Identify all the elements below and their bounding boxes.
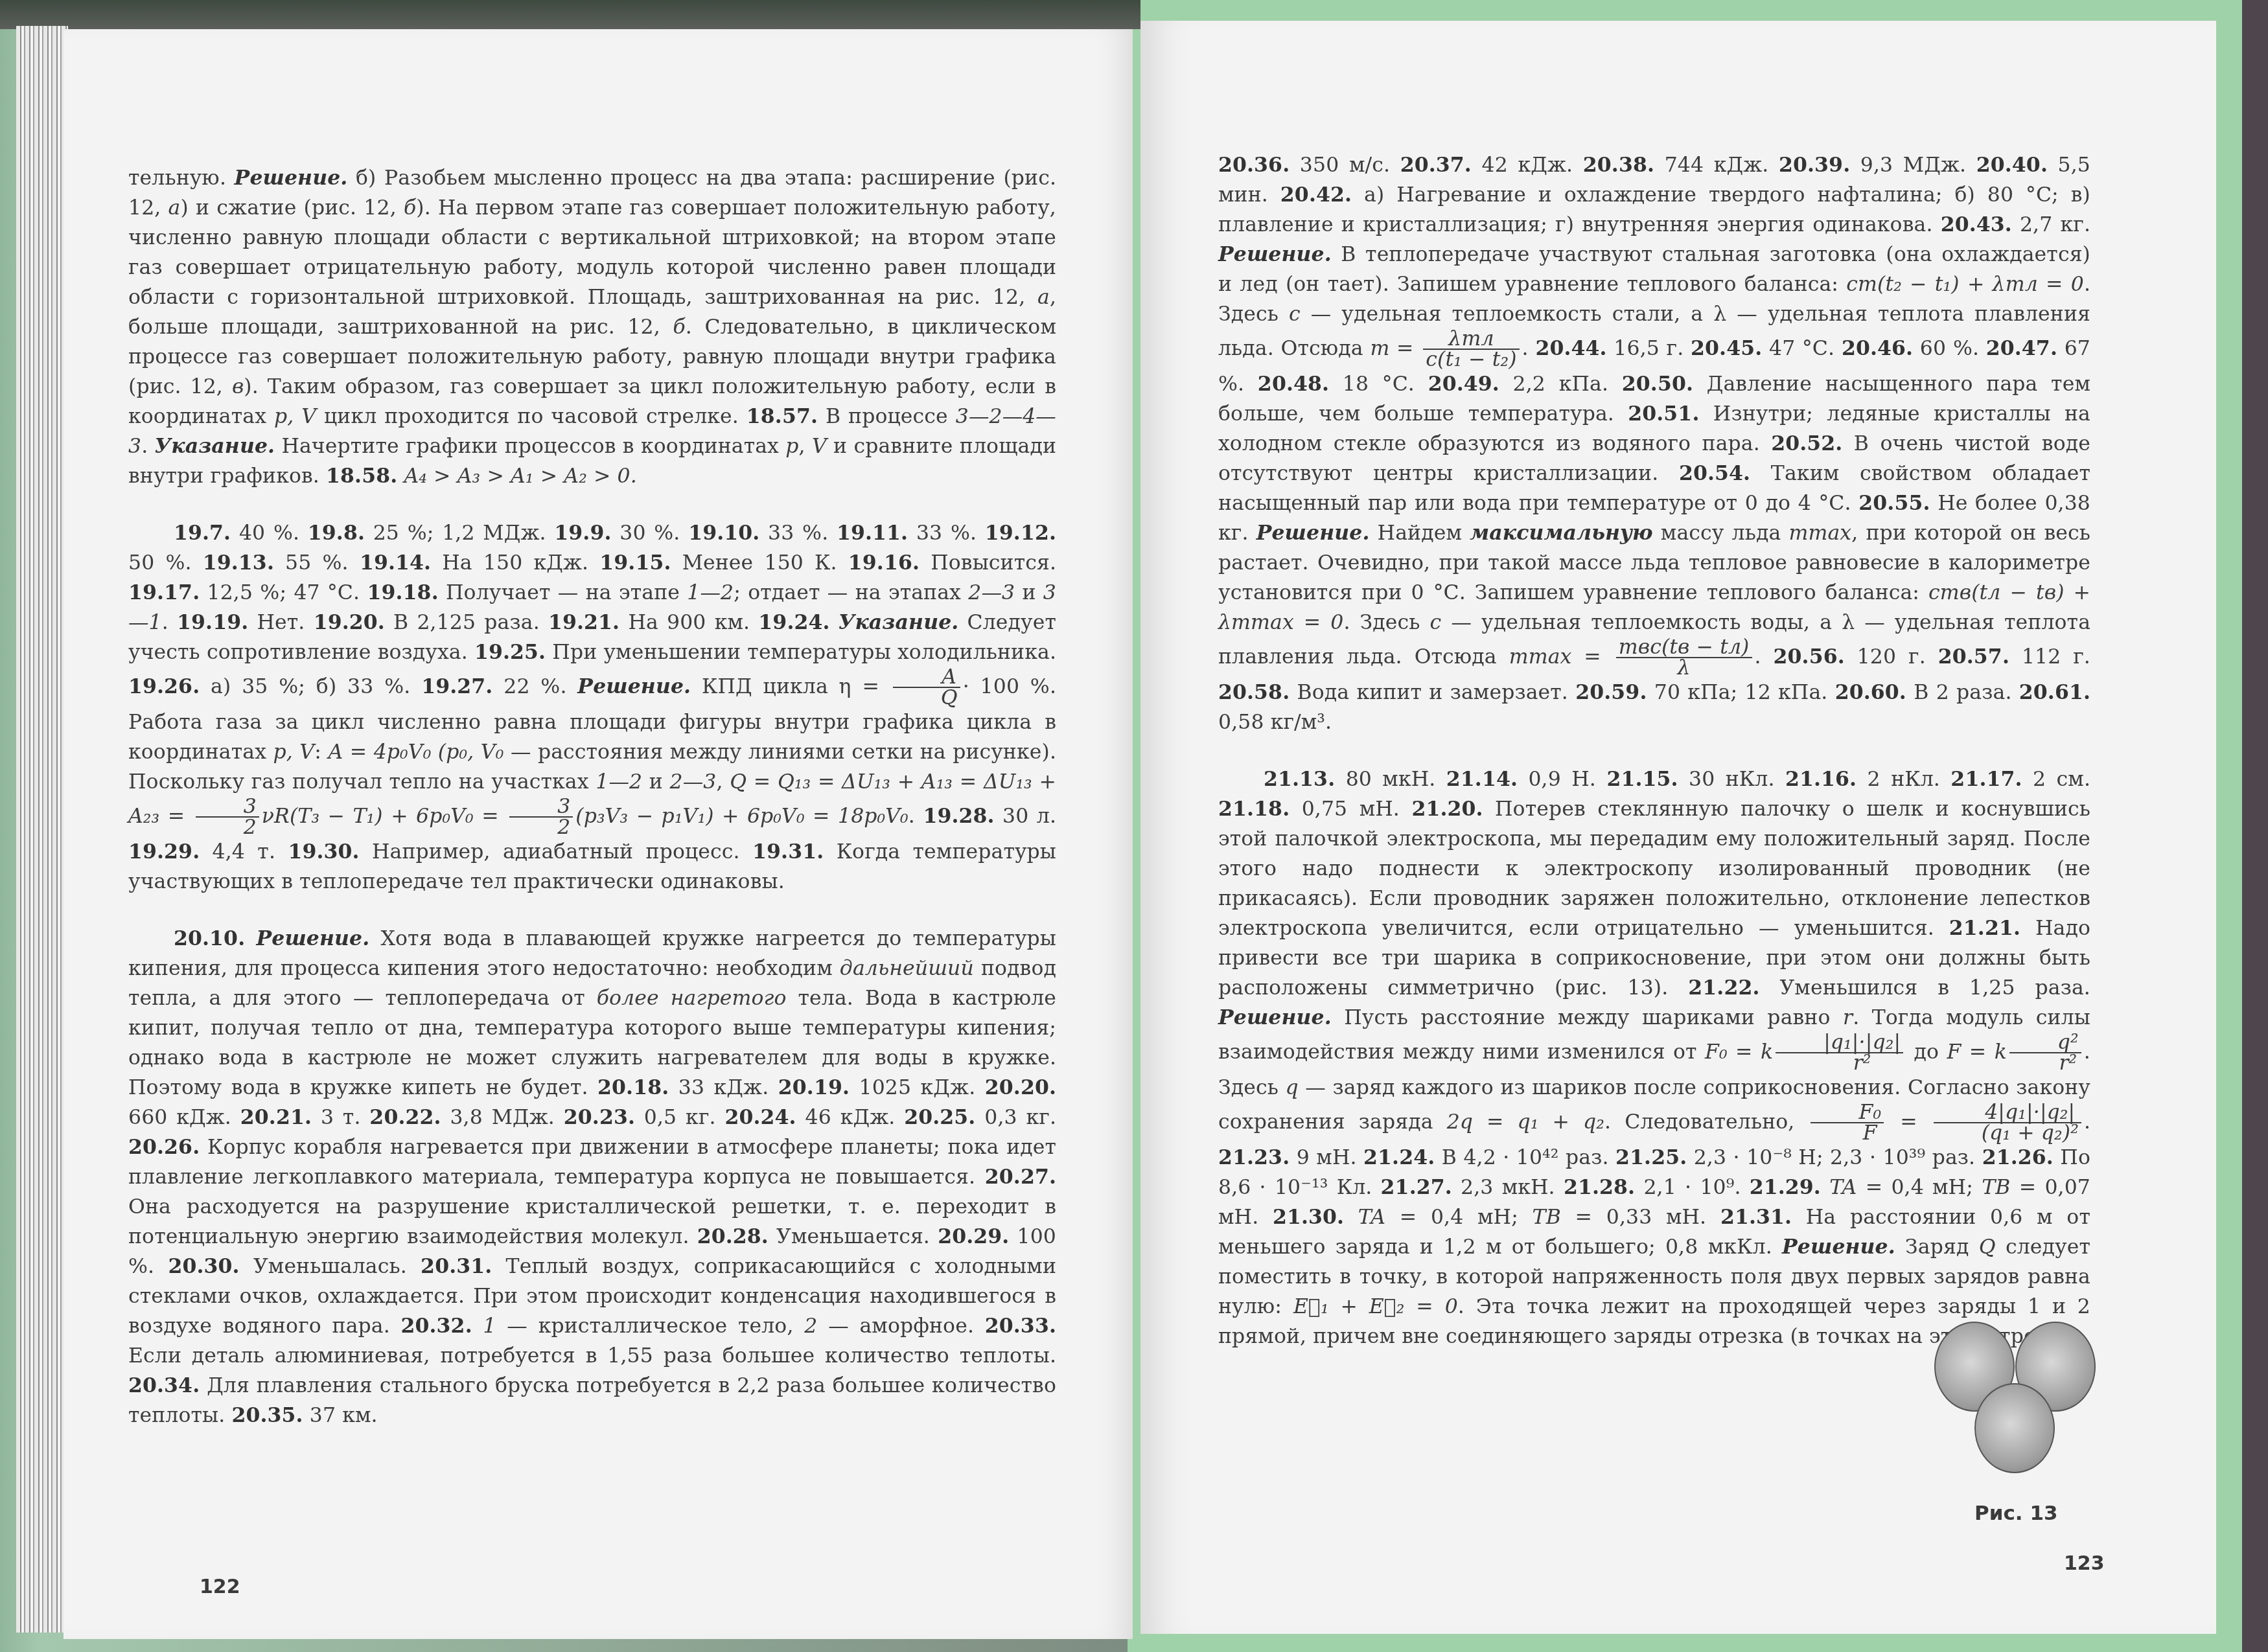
bold-text: 20.18. [597, 1075, 669, 1099]
italic-text: TB [1533, 1206, 1561, 1229]
bold-text: 20.52. [1771, 431, 1842, 455]
bold-text: 20.20. [985, 1075, 1056, 1099]
page-number-left: 122 [200, 1576, 240, 1598]
bold-text: 21.28. [1564, 1175, 1635, 1199]
italic-text: m [1370, 337, 1389, 360]
italic-text: p [785, 435, 798, 458]
bold-text: 20.10. [174, 926, 245, 950]
fraction: 32 [196, 797, 259, 837]
paragraph: 20.10. Решение. Хотя вода в плавающей кр… [128, 924, 1056, 1430]
bold-text: 21.16. [1785, 767, 1857, 791]
italic-text: дальнейший [840, 957, 974, 980]
bold-text: 18.57. [746, 404, 818, 428]
bold-text: 21.27. [1381, 1175, 1452, 1199]
bold-text: 20.61. [2019, 680, 2090, 704]
paragraph: 19.7. 40 %. 19.8. 25 %; 1,2 МДж. 19.9. 3… [128, 518, 1056, 897]
bold-text: 21.21. [1949, 916, 2020, 940]
bold-text: Указание. [155, 434, 275, 458]
figure-13-three-balls [1934, 1322, 2103, 1477]
italic-text: 1 [483, 1314, 496, 1338]
bold-text: 21.15. [1606, 767, 1678, 791]
italic-text: 2—3 [670, 770, 717, 794]
bold-text: 19.8. [308, 521, 365, 545]
italic-text: p, V [274, 405, 316, 428]
bold-text: 19.20. [314, 610, 385, 634]
bold-text: 20.37. [1400, 153, 1472, 177]
bold-text: 20.26. [128, 1135, 200, 1159]
bold-text: 20.44. [1535, 336, 1606, 360]
bold-text: 21.22. [1688, 976, 1759, 1000]
bold-text: 21.29. [1750, 1175, 1821, 1199]
bold-text: 19.13. [203, 551, 274, 575]
italic-text: б [673, 315, 685, 339]
page-stack-edge [16, 26, 68, 1633]
bold-text: 20.27. [985, 1165, 1056, 1189]
fraction: F₀F [1811, 1103, 1884, 1143]
italic-text: A₄ > A₃ > A₁ > A₂ > 0. [397, 465, 637, 488]
fraction: |q₁|·|q₂|r² [1776, 1033, 1903, 1073]
italic-text: более нагретого [597, 987, 787, 1010]
cover-edge [2242, 0, 2268, 1652]
bold-text: 20.58. [1218, 680, 1290, 704]
bold-text: Решение. [256, 926, 369, 950]
bold-text: 20.50. [1622, 372, 1693, 396]
bold-text: 19.30. [288, 840, 359, 864]
page-number-right: 123 [2064, 1552, 2105, 1575]
italic-text: q [1286, 1076, 1299, 1099]
paragraph: 21.13. 80 мкН. 21.14. 0,9 Н. 21.15. 30 н… [1218, 764, 2090, 1351]
bold-text: 20.56. [1774, 645, 1845, 669]
italic-text: а [1037, 286, 1050, 309]
bold-text: 21.14. [1446, 767, 1518, 791]
bold-text: 20.38. [1583, 153, 1654, 177]
bold-text: 19.28. [923, 804, 994, 828]
bold-text: 20.49. [1428, 372, 1499, 396]
italic-text: F = k [1947, 1040, 2006, 1064]
bold-text: 20.45. [1691, 336, 1762, 360]
background-shadow [0, 0, 1140, 29]
bold-text: 21.31. [1720, 1205, 1792, 1229]
italic-text: p, V [273, 740, 315, 764]
bold-text: Решение. [577, 674, 691, 698]
italic-text: TA [1358, 1206, 1385, 1229]
italic-text: 2 [804, 1314, 817, 1338]
bold-text: 20.22. [369, 1105, 441, 1129]
italic-text: cmв(tл − tв) + λmmax = 0 [1218, 581, 2090, 634]
bold-text: 20.47. [1986, 336, 2057, 360]
italic-text: б [404, 196, 416, 220]
bold-text: 21.24. [1363, 1145, 1435, 1169]
fraction: 4|q₁|·|q₂|(q₁ + q₂)² [1934, 1103, 2081, 1143]
right-page-text: 20.36. 350 м/с. 20.37. 42 кДж. 20.38. 74… [1218, 150, 2090, 1351]
italic-text: νR(T₃ − T₁) + 6p₀V₀ = [262, 805, 507, 828]
bold-text: 20.32. [401, 1314, 472, 1338]
bold-text: 20.19. [778, 1075, 850, 1099]
italic-text: V [812, 435, 827, 458]
paragraph: тельную. Решение. б) Разобьем мысленно п… [128, 163, 1056, 491]
bold-text: Решение. [235, 166, 348, 190]
bold-text: 20.34. [128, 1373, 200, 1397]
bold-text: 21.30. [1273, 1205, 1344, 1229]
bold-text: 20.35. [231, 1403, 303, 1427]
bold-text: 21.26. [1982, 1145, 2054, 1169]
bold-text: 20.33. [985, 1314, 1056, 1338]
bold-text: 20.55. [1858, 491, 1930, 515]
bold-text: максимальную [1470, 521, 1653, 545]
bold-text: 19.7. [174, 521, 231, 545]
italic-text: 1—2 [596, 770, 642, 794]
fraction: mвc(tв − tл)λ [1616, 637, 1752, 678]
bold-text: 19.31. [752, 840, 824, 864]
bold-text: 21.17. [1950, 767, 2022, 791]
paragraph: 20.36. 350 м/с. 20.37. 42 кДж. 20.38. 74… [1218, 150, 2090, 737]
bold-text: 20.46. [1842, 336, 1913, 360]
fraction: AQ [893, 667, 960, 707]
italic-text: Q [1979, 1235, 1996, 1259]
bold-text: 20.36. [1218, 153, 1290, 177]
italic-text: 2q = q₁ + q₂ [1447, 1110, 1604, 1134]
bold-text: 20.40. [1976, 153, 2048, 177]
bold-text: Решение. [1218, 242, 1332, 266]
bold-text: 19.24. [758, 610, 829, 634]
bold-text: 20.21. [240, 1105, 312, 1129]
left-page-text: тельную. Решение. б) Разобьем мысленно п… [128, 163, 1056, 1430]
bold-text: Решение. [1782, 1235, 1895, 1259]
bold-text: 21.23. [1218, 1145, 1290, 1169]
italic-text: cm(t₂ − t₁) + λmл = 0 [1846, 273, 2084, 296]
bold-text: Решение. [1218, 1005, 1332, 1029]
italic-text: а [168, 196, 181, 220]
bold-text: 20.30. [168, 1254, 239, 1278]
ball-icon [1974, 1383, 2055, 1473]
bold-text: 20.48. [1258, 372, 1329, 396]
bold-text: 21.25. [1615, 1145, 1687, 1169]
bold-text: 19.21. [548, 610, 619, 634]
fraction: 32 [509, 797, 573, 837]
italic-text: F₀ = k [1705, 1040, 1773, 1064]
bold-text: Решение. [1256, 521, 1370, 545]
bold-text: 20.60. [1835, 680, 1906, 704]
bold-text: 20.59. [1575, 680, 1647, 704]
bold-text: 19.15. [599, 551, 671, 575]
bold-text: 20.31. [421, 1254, 492, 1278]
bold-text: 20.24. [724, 1105, 796, 1129]
fraction: q²r² [2009, 1033, 2081, 1073]
bold-text: 19.17. [128, 580, 200, 604]
italic-text: A = 4p₀V₀ (p₀, V₀ [328, 740, 503, 764]
bold-text: 20.23. [564, 1105, 635, 1129]
bold-text: 20.28. [697, 1224, 769, 1248]
bold-text: 21.18. [1218, 797, 1290, 821]
italic-text: TA [1829, 1176, 1857, 1199]
bold-text: 19.29. [128, 840, 200, 864]
italic-text: mmax [1788, 522, 1851, 545]
bold-text: 20.51. [1628, 402, 1699, 426]
italic-text: E⃗₁ + E⃗₂ = 0 [1293, 1295, 1458, 1318]
bold-text: 20.43. [1941, 212, 2012, 236]
bold-text: 20.25. [904, 1105, 975, 1129]
bold-text: 19.26. [128, 674, 200, 698]
italic-text: mmax [1509, 645, 1572, 669]
bold-text: 19.18. [367, 580, 439, 604]
bold-text: 19.11. [837, 521, 908, 545]
bold-text: 19.10. [688, 521, 759, 545]
bold-text: 19.16. [848, 551, 920, 575]
bold-text: Указание. [839, 610, 959, 634]
figure-caption: Рис. 13 [1974, 1502, 2058, 1525]
bold-text: 19.27. [421, 674, 492, 698]
bold-text: 20.57. [1938, 645, 2009, 669]
italic-text: c [1289, 303, 1301, 326]
bold-text: 21.13. [1264, 767, 1335, 791]
italic-text: 1—2 [687, 581, 734, 604]
italic-text: в [232, 375, 244, 398]
fraction: λmлc(t₁ − t₂) [1423, 329, 1519, 369]
bold-text: 20.54. [1679, 461, 1750, 485]
bold-text: 19.12. [985, 521, 1056, 545]
bold-text: 20.29. [938, 1224, 1009, 1248]
bold-text: 20.42. [1280, 183, 1352, 207]
italic-text: TB [1982, 1176, 2010, 1199]
bold-text: 19.9. [554, 521, 611, 545]
italic-text: (p₃V₃ − p₁V₁) + 6p₀V₀ = 18p₀V₀ [575, 805, 908, 828]
bold-text: 19.19. [177, 610, 248, 634]
italic-text: c [1430, 611, 1442, 634]
italic-text: 2—3 [968, 581, 1015, 604]
bold-text: 18.58. [326, 464, 397, 488]
italic-text: r [1843, 1006, 1853, 1029]
bold-text: 19.25. [474, 640, 546, 664]
bold-text: 20.39. [1779, 153, 1850, 177]
bold-text: 21.20. [1411, 797, 1483, 821]
bold-text: 19.14. [360, 551, 431, 575]
